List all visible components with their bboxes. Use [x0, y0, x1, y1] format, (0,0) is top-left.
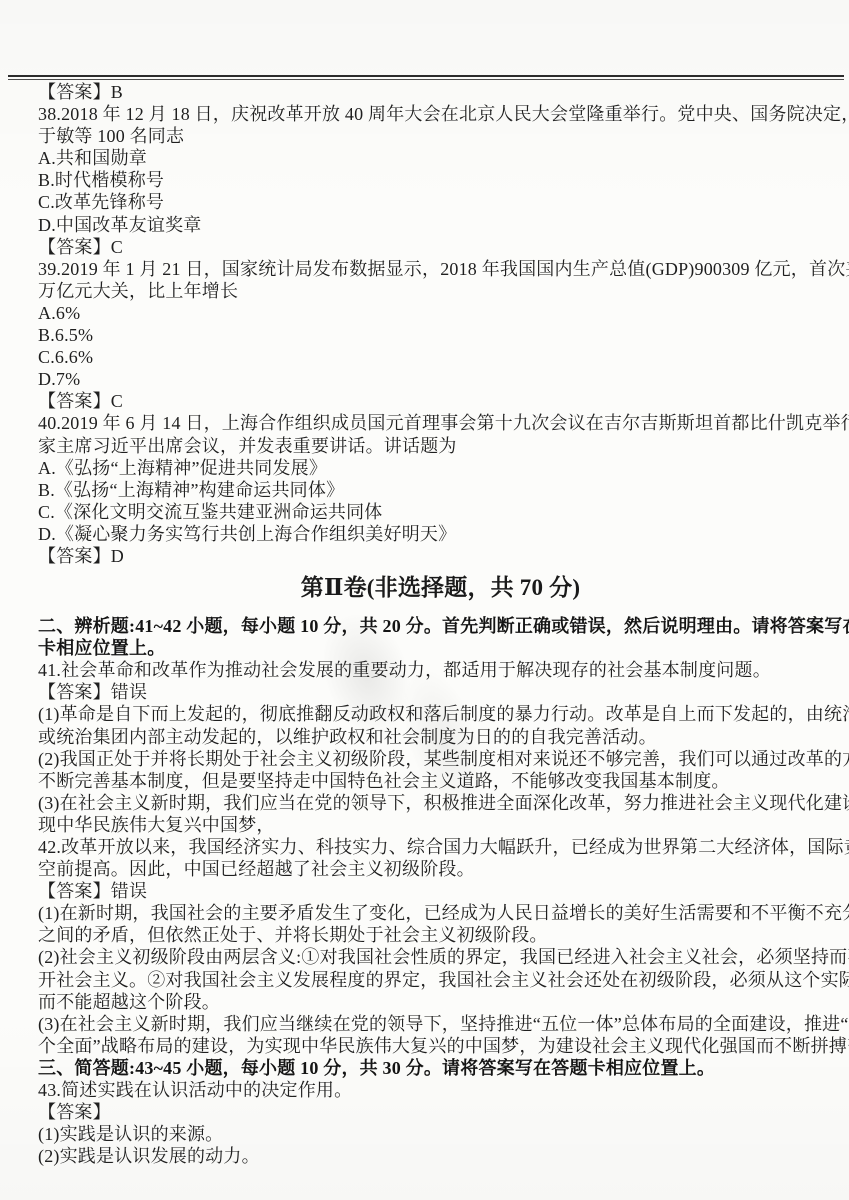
text-line: (1)实践是认识的来源。 — [38, 1123, 843, 1145]
text-line: 家主席习近平出席会议，并发表重要讲话。讲话题为 — [38, 435, 843, 457]
section-heading-line: 二、辨析题:41~42 小题，每小题 10 分，共 20 分。首先判断正确或错误… — [38, 615, 843, 637]
text-line: (3)在社会主义新时期，我们应当在党的领导下，积极推进全面深化改革，努力推进社会… — [38, 792, 843, 814]
section-heading-line: 三、简答题:43~45 小题，每小题 10 分，共 30 分。请将答案写在答题卡… — [38, 1057, 843, 1079]
text-line: C.6.6% — [38, 346, 843, 368]
text-line: 【答案】错误 — [38, 681, 843, 703]
text-line: D.《凝心聚力务实笃行共创上海合作组织美好明天》 — [38, 523, 843, 545]
text-line: 现中华民族伟大复兴中国梦， — [38, 814, 843, 836]
text-line: B.6.5% — [38, 324, 843, 346]
text-line: 开社会主义。②对我国社会主义发展程度的界定，我国社会主义社会还处在初级阶段，必须… — [38, 969, 843, 991]
text-line: 【答案】C — [38, 390, 843, 412]
text-line: C.改革先锋称号 — [38, 191, 843, 213]
text-line: 【答案】 — [38, 1101, 843, 1123]
text-line: 或统治集团内部主动发起的，以维护政权和社会制度为日的的自我完善活动。 — [38, 726, 843, 748]
text-line: (3)在社会主义新时期，我们应当继续在党的领导下，坚持推进“五位一体”总体布局的… — [38, 1013, 843, 1035]
text-line: 个全面”战略布局的建设，为实现中华民族伟大复兴的中国梦，为建设社会主义现代化强国… — [38, 1035, 843, 1057]
text-line: B.时代楷模称号 — [38, 169, 843, 191]
scanned-exam-page: 【答案】B38.2018 年 12 月 18 日，庆祝改革开放 40 周年大会在… — [0, 0, 849, 1200]
text-line: (2)实践是认识发展的动力。 — [38, 1145, 843, 1167]
text-line: 之间的矛盾，但依然正处于、并将长期处于社会主义初级阶段。 — [38, 924, 843, 946]
text-line: (1)在新时期，我国社会的主要矛盾发生了变化，已经成为人民日益增长的美好生活需要… — [38, 902, 843, 924]
text-line: 于敏等 100 名同志 — [38, 125, 843, 147]
text-line: (2)社会主义初级阶段由两层含义:①对我国社会性质的界定，我国已经进入社会主义社… — [38, 946, 843, 968]
text-line: 38.2018 年 12 月 18 日，庆祝改革开放 40 周年大会在北京人民大… — [38, 103, 843, 125]
text-line: 不断完善基本制度，但是要坚持走中国特色社会主义道路，不能够改变我国基本制度。 — [38, 770, 843, 792]
text-line: D.7% — [38, 368, 843, 390]
text-line: 【答案】C — [38, 236, 843, 258]
horizontal-rule — [8, 75, 844, 80]
text-line: 42.改革开放以来，我国经济实力、科技实力、综合国力大幅跃升，已经成为世界第二大… — [38, 836, 843, 858]
text-line: 41.社会革命和改革作为推动社会发展的重要动力，都适用于解决现存的社会基本制度问… — [38, 659, 843, 681]
text-line: 【答案】D — [38, 545, 843, 567]
document-body: 【答案】B38.2018 年 12 月 18 日，庆祝改革开放 40 周年大会在… — [38, 81, 843, 1167]
text-line: A.《弘扬“上海精神”促进共同发展》 — [38, 457, 843, 479]
text-line: 【答案】错误 — [38, 880, 843, 902]
text-line: (1)革命是自下而上发起的，彻底推翻反动政权和落后制度的暴力行动。改革是自上而下… — [38, 703, 843, 725]
text-line: 而不能超越这个阶段。 — [38, 991, 843, 1013]
text-line: 43.简述实践在认识活动中的决定作用。 — [38, 1079, 843, 1101]
text-line: C.《深化文明交流互鉴共建亚洲命运共同体 — [38, 501, 843, 523]
text-line: (2)我国正处于并将长期处于社会主义初级阶段，某些制度相对来说还不够完善，我们可… — [38, 748, 843, 770]
section-heading-line: 卡相应位置上。 — [38, 637, 843, 659]
text-line: D.中国改革友谊奖章 — [38, 214, 843, 236]
part-two-title: 第Ⅱ卷(非选择题，共 70 分) — [38, 573, 843, 603]
text-line: A.6% — [38, 302, 843, 324]
text-line: 万亿元大关，比上年增长 — [38, 280, 843, 302]
text-line: 39.2019 年 1 月 21 日，国家统计局发布数据显示，2018 年我国国… — [38, 258, 843, 280]
text-line: A.共和国勋章 — [38, 147, 843, 169]
text-line: 空前提高。因此，中国已经超越了社会主义初级阶段。 — [38, 858, 843, 880]
text-line: 【答案】B — [38, 81, 843, 103]
text-line: 40.2019 年 6 月 14 日，上海合作组织成员国元首理事会第十九次会议在… — [38, 412, 843, 434]
text-line: B.《弘扬“上海精神”构建命运共同体》 — [38, 479, 843, 501]
